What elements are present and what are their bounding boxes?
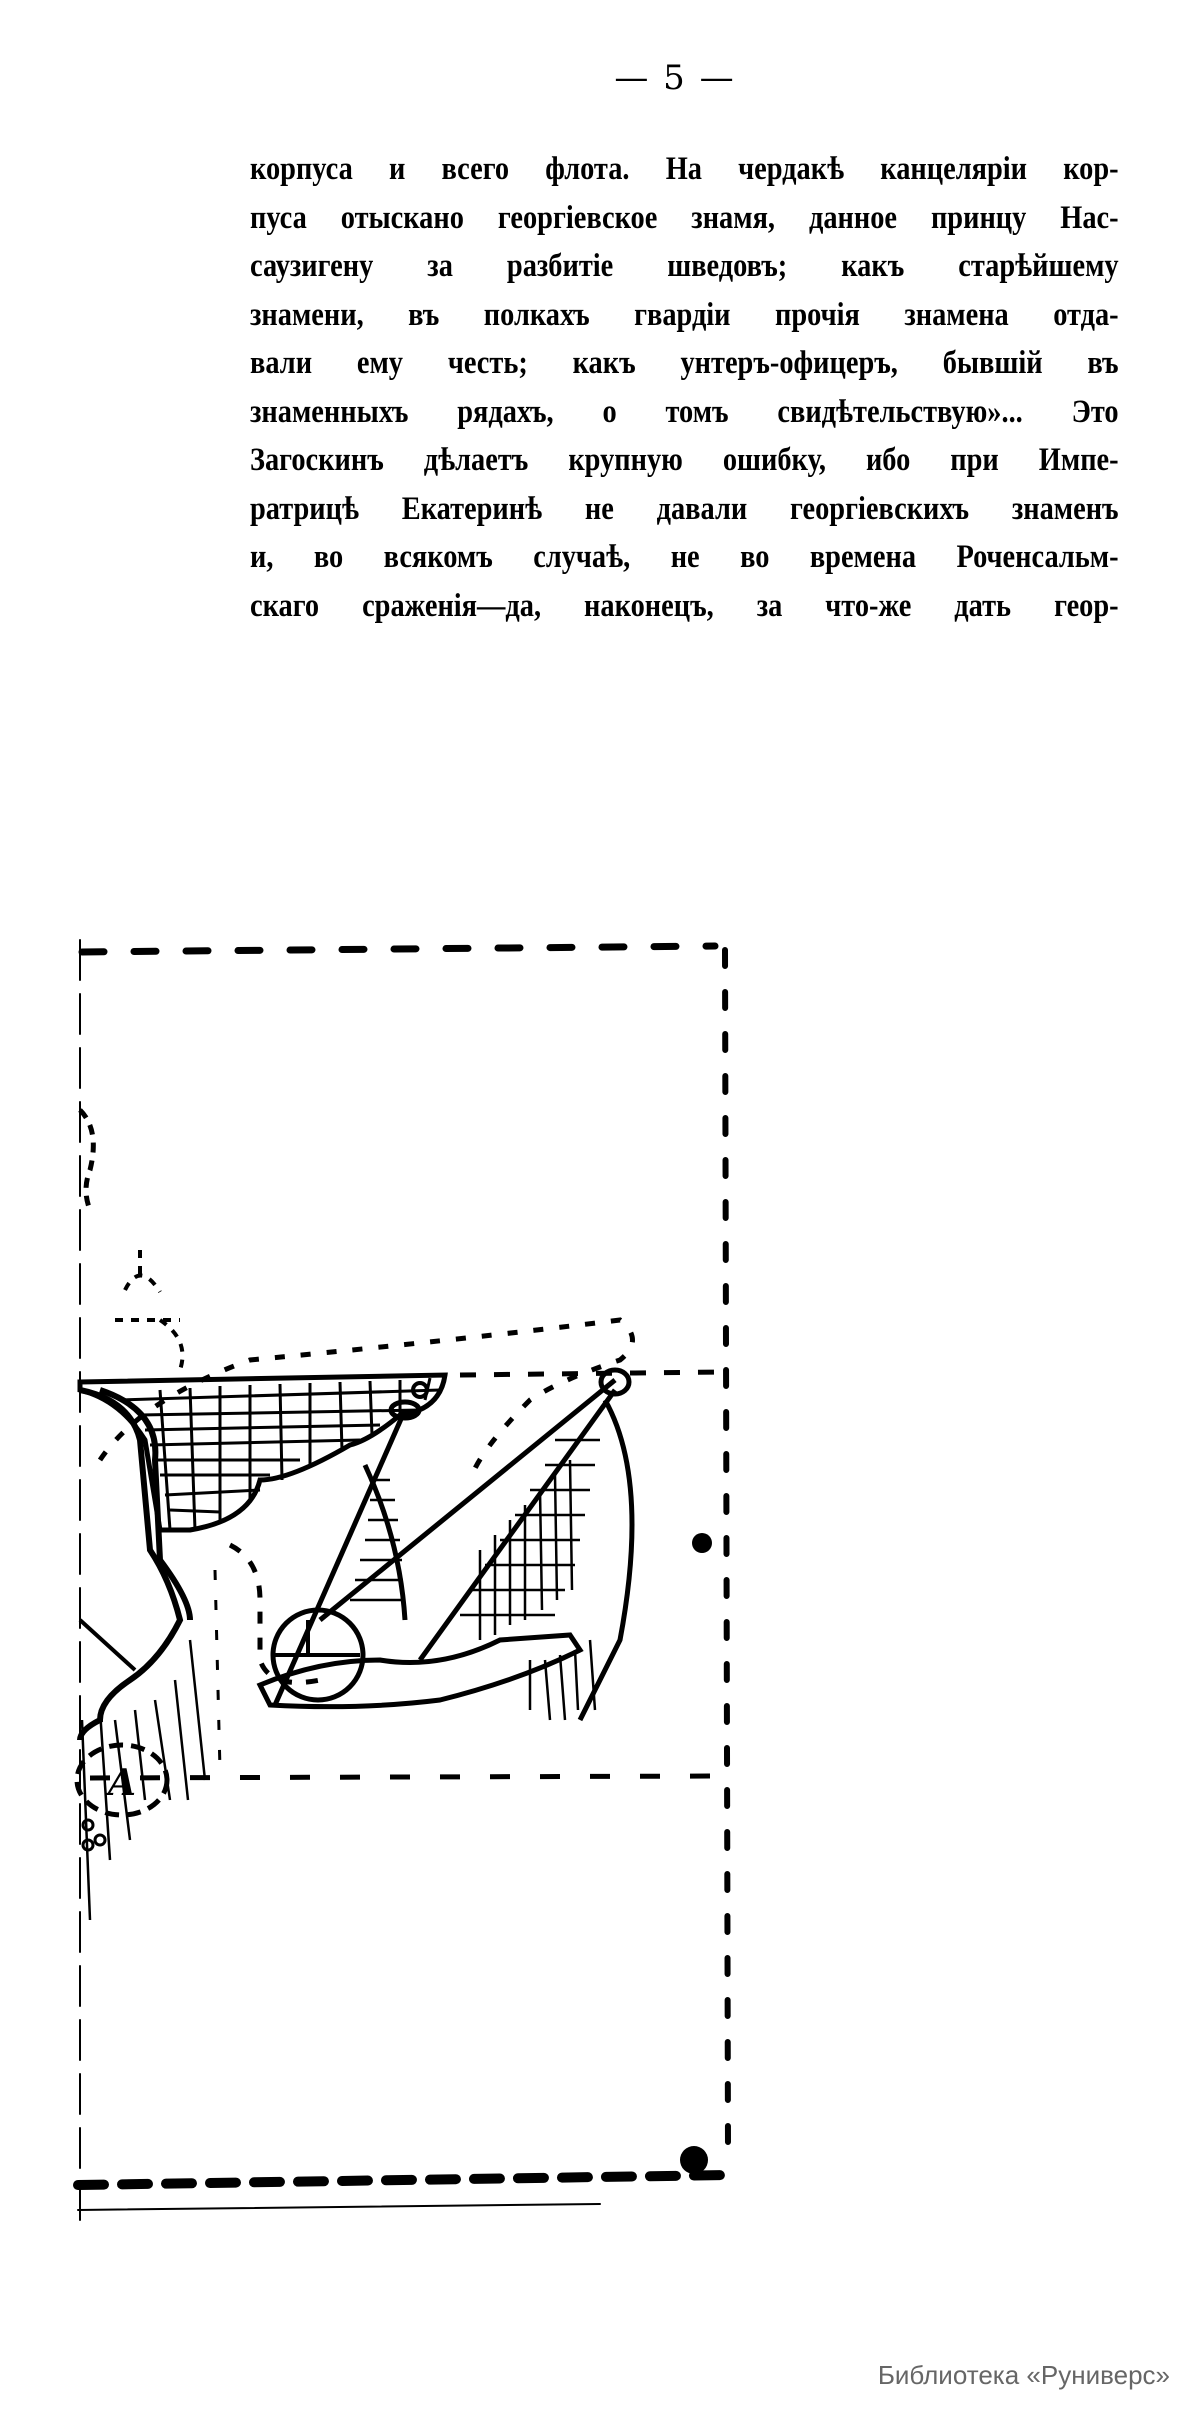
- text-line: знаменныхъ рядахъ, о томъ свидѣтельствую…: [250, 388, 1119, 437]
- body-text: корпуса и всего флота. На чердакѣ канцел…: [250, 145, 1119, 630]
- text-line: Загоскинъ дѣлаетъ крупную ошибку, ибо пр…: [250, 436, 1119, 485]
- ink-blot: [692, 1533, 712, 1553]
- hatched-flag: [80, 1375, 445, 1530]
- ink-blot: [680, 2146, 708, 2174]
- ship-illustration: A: [60, 920, 760, 2230]
- text-line: саузигену за разбитіе шведовъ; какъ стар…: [250, 242, 1119, 291]
- ship: [260, 1370, 632, 1720]
- text-line: скаго сраженія—да, наконецъ, за что-же д…: [250, 582, 1119, 631]
- text-line: ратрицѣ Екатеринѣ не давали георгіевских…: [250, 485, 1119, 534]
- cartouche-a: A: [77, 1745, 167, 1850]
- page-number: — 5 —: [0, 58, 1200, 98]
- text-line: знамени, въ полкахъ гвардіи прочія знаме…: [250, 291, 1119, 340]
- svg-text:A: A: [105, 1762, 136, 1804]
- library-watermark: Библиотека «Руниверс»: [878, 2360, 1170, 2391]
- text-line: пуса отыскано георгіевское знамя, данное…: [250, 194, 1119, 243]
- cartouche: [80, 1390, 190, 1740]
- text-line: и, во всякомъ случаѣ, не во времена Роче…: [250, 533, 1119, 582]
- text-line: вали ему честь; какъ унтеръ-офицеръ, быв…: [250, 339, 1119, 388]
- text-line: корпуса и всего флота. На чердакѣ канцел…: [250, 145, 1119, 194]
